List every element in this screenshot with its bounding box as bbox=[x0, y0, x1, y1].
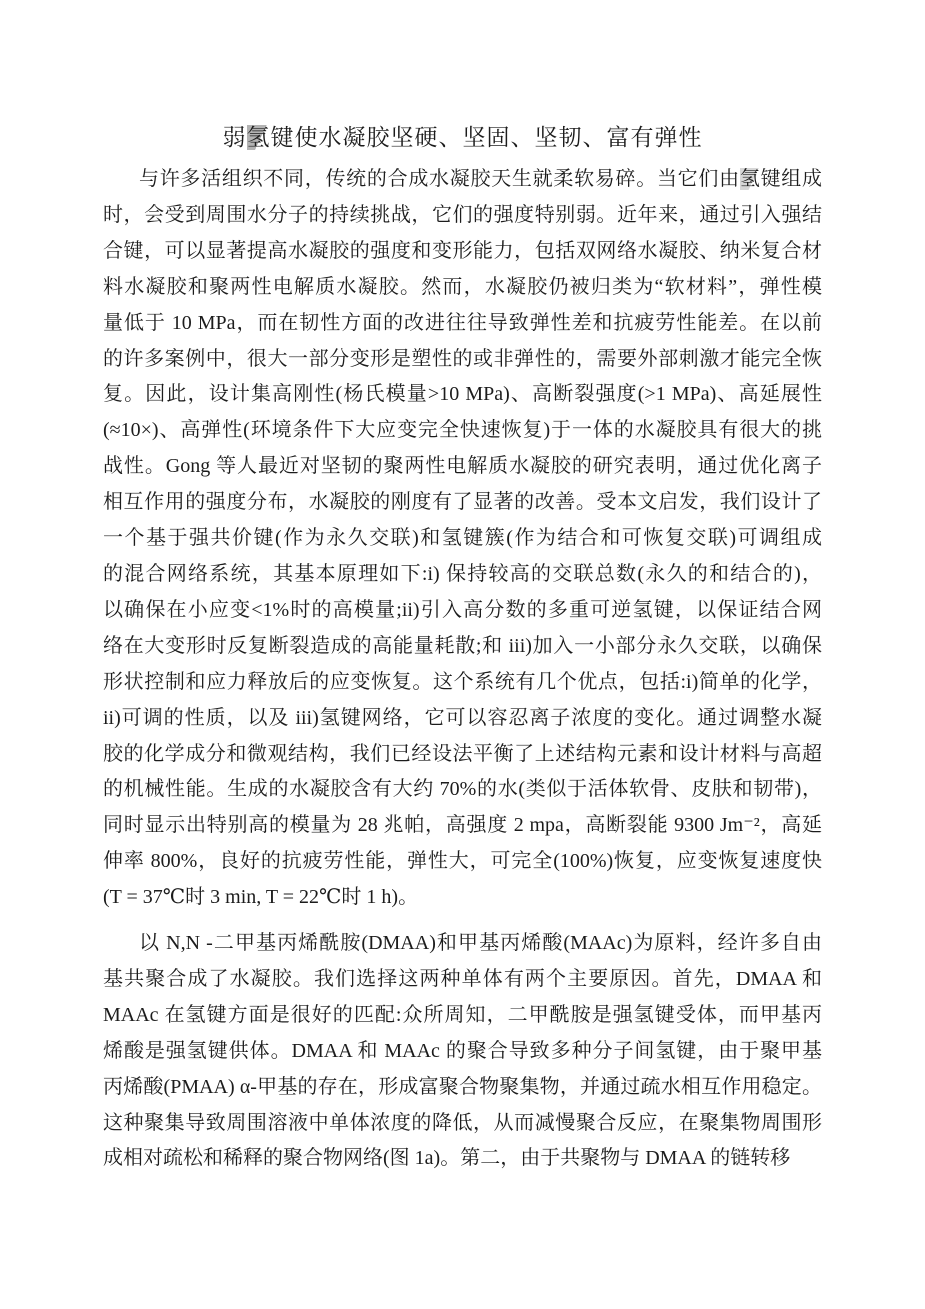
text-line: (≈10×)、高弹性(环境条件下大应变完全快速恢复)于一体的水凝胶具有很大的挑 bbox=[103, 413, 822, 449]
paragraph-2: 以 N,N -二甲基丙烯酰胺(DMAA)和甲基丙烯酸(MAAc)为原料，经许多自… bbox=[103, 926, 822, 1177]
text-line: 量低于 10 MPa，而在韧性方面的改进往往导致弹性差和抗疲劳性能差。在以前 bbox=[103, 306, 822, 342]
text-line: 战性。Gong 等人最近对坚韧的聚两性电解质水凝胶的研究表明，通过优化离子 bbox=[103, 449, 822, 485]
text-line: 一个基于强共价键(作为永久交联)和氢键簇(作为结合和可恢复交联)可调组成 bbox=[103, 521, 822, 557]
text-line: 的混合网络系统，其基本原理如下:i) 保持较高的交联总数(永久的和结合的)， bbox=[103, 557, 822, 593]
text-line: (T = 37℃时 3 min, T = 22℃时 1 h)。 bbox=[103, 880, 822, 916]
paragraph-1: 与许多活组织不同，传统的合成水凝胶天生就柔软易碎。当它们由氢键组成 时，会受到周… bbox=[103, 162, 822, 916]
text-line: 伸率 800%，良好的抗疲劳性能，弹性大，可完全(100%)恢复，应变恢复速度快 bbox=[103, 844, 822, 880]
text-line: 同时显示出特别高的模量为 28 兆帕，高强度 2 mpa，高断裂能 9300 J… bbox=[103, 808, 822, 844]
line-segment-pre: 与许多活组织不同，传统的合成水凝胶天生就柔软易碎。当它们由 bbox=[139, 168, 740, 190]
text-line: 丙烯酸(PMAA) α-甲基的存在，形成富聚合物聚集物，并通过疏水相互作用稳定。 bbox=[103, 1070, 822, 1106]
text-line: 与许多活组织不同，传统的合成水凝胶天生就柔软易碎。当它们由氢键组成 bbox=[103, 162, 822, 198]
text-line: 成相对疏松和稀释的聚合物网络(图 1a)。第二，由于共聚物与 DMAA 的链转移 bbox=[103, 1141, 822, 1177]
text-line: 形状控制和应力释放后的应变恢复。这个系统有几个优点，包括:i)简单的化学， bbox=[103, 665, 822, 701]
text-line: 时，会受到周围水分子的持续挑战，它们的强度特别弱。近年来，通过引入强结 bbox=[103, 198, 822, 234]
text-line: 料水凝胶和聚两性电解质水凝胶。然而，水凝胶仍被归类为“软材料”，弹性模 bbox=[103, 270, 822, 306]
line-marked-char: 氢 bbox=[740, 168, 761, 190]
text-line: MAAc 在氢键方面是很好的匹配:众所周知，二甲酰胺是强氢键受体，而甲基丙 bbox=[103, 998, 822, 1034]
title-segment-post: 键使水凝胶坚硬、坚固、坚韧、富有弹性 bbox=[271, 125, 703, 150]
text-line: 胶的化学成分和微观结构，我们已经设法平衡了上述结构元素和设计材料与高超 bbox=[103, 737, 822, 773]
document-page: 弱氢键使水凝胶坚硬、坚固、坚韧、富有弹性 与许多活组织不同，传统的合成水凝胶天生… bbox=[0, 0, 925, 1309]
text-line: 复。因此，设计集高刚性(杨氏模量>10 MPa)、高断裂强度(>1 MPa)、高… bbox=[103, 377, 822, 413]
document-title: 弱氢键使水凝胶坚硬、坚固、坚韧、富有弹性 bbox=[103, 120, 822, 156]
text-line: ii)可调的性质，以及 iii)氢键网络，它可以容忍离子浓度的变化。通过调整水凝 bbox=[103, 701, 822, 737]
text-line: 以 N,N -二甲基丙烯酰胺(DMAA)和甲基丙烯酸(MAAc)为原料，经许多自… bbox=[103, 926, 822, 962]
text-line: 合键，可以显著提高水凝胶的强度和变形能力，包括双网络水凝胶、纳米复合材 bbox=[103, 234, 822, 270]
text-line: 的许多案例中，很大一部分变形是塑性的或非弹性的，需要外部刺激才能完全恢 bbox=[103, 342, 822, 378]
text-line: 络在大变形时反复断裂造成的高能量耗散;和 iii)加入一小部分永久交联，以确保 bbox=[103, 629, 822, 665]
document-content: 弱氢键使水凝胶坚硬、坚固、坚韧、富有弹性 与许多活组织不同，传统的合成水凝胶天生… bbox=[103, 120, 822, 1177]
line-segment-post: 键组成 bbox=[761, 168, 822, 190]
title-marked-char: 氢 bbox=[247, 125, 271, 150]
text-line: 烯酸是强氢键供体。DMAA 和 MAAc 的聚合导致多种分子间氢键，由于聚甲基 bbox=[103, 1034, 822, 1070]
text-line: 这种聚集导致周围溶液中单体浓度的降低，从而减慢聚合反应，在聚集物周围形 bbox=[103, 1106, 822, 1142]
title-segment-pre: 弱 bbox=[223, 125, 247, 150]
text-line: 基共聚合成了水凝胶。我们选择这两种单体有两个主要原因。首先，DMAA 和 bbox=[103, 962, 822, 998]
text-line: 的机械性能。生成的水凝胶含有大约 70%的水(类似于活体软骨、皮肤和韧带)， bbox=[103, 772, 822, 808]
text-line: 以确保在小应变<1%时的高模量;ii)引入高分数的多重可逆氢键，以保证结合网 bbox=[103, 593, 822, 629]
text-line: 相互作用的强度分布，水凝胶的刚度有了显著的改善。受本文启发，我们设计了 bbox=[103, 485, 822, 521]
